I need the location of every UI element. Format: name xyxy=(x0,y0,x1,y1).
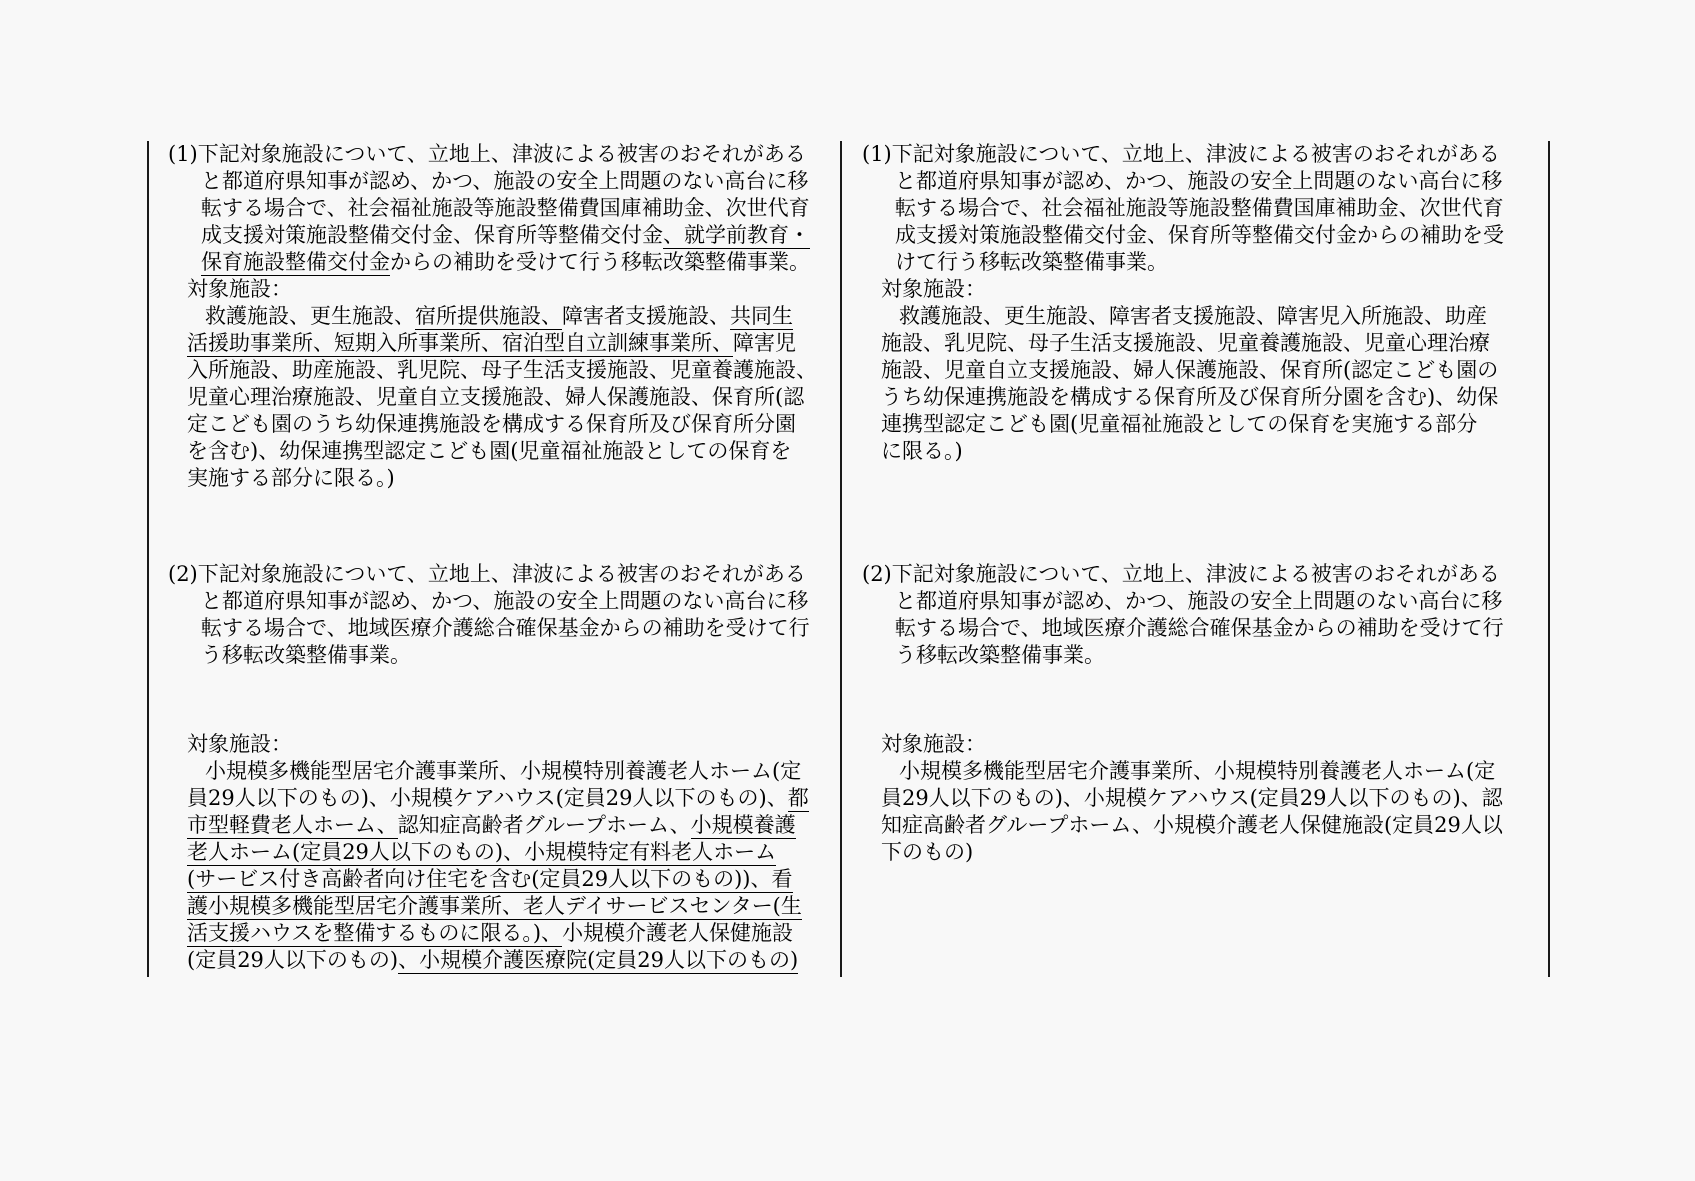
inserted-text-underlined: 小規模養護 xyxy=(691,813,796,839)
text-segment: 救護施設、更生施設、 xyxy=(205,304,415,328)
text-line: 救護施設、更生施設、宿所提供施設、障害者支援施設、共同生 xyxy=(168,303,840,330)
text-line: と都道府県知事が認め、かつ、施設の安全上問題のない高台に移 xyxy=(862,588,1538,615)
text-line: 員29人以下のもの)、小規模ケアハウス(定員29人以下のもの)、認 xyxy=(862,785,1538,812)
text-line: 保育施設整備交付金からの補助を受けて行う移転改築整備事業。 xyxy=(168,249,840,276)
left-item2-facilities: 対象施設：小規模多機能型居宅介護事業所、小規模特別養護老人ホーム(定員29人以下… xyxy=(168,731,840,974)
inserted-text-underlined: 護小規模多機能型居宅介護事業所、老人デイサービスセンター(生 xyxy=(187,894,802,920)
text-segment: う移転改築整備事業。 xyxy=(201,643,411,667)
text-segment: に限る。) xyxy=(881,439,963,463)
text-segment: 成支援対策施設整備交付金、保育所等整備交付金からの補助を受 xyxy=(895,223,1504,247)
text-line: (定員29人以下のもの)、小規模介護医療院(定員29人以下のもの) xyxy=(168,947,840,974)
text-segment: と都道府県知事が認め、かつ、施設の安全上問題のない高台に移 xyxy=(201,589,808,613)
text-line: 対象施設： xyxy=(168,731,840,758)
text-line: 成支援対策施設整備交付金、保育所等整備交付金、就学前教育・ xyxy=(168,222,840,249)
right-column-current: (1)下記対象施設について、立地上、津波による被害のおそれがあると都道府県知事が… xyxy=(862,141,1538,866)
text-line: 活支援ハウスを整備するものに限る。)、小規模介護老人保健施設 xyxy=(168,920,840,947)
right-item1: (1)下記対象施設について、立地上、津波による被害のおそれがあると都道府県知事が… xyxy=(862,141,1538,465)
table-border-left xyxy=(147,141,149,977)
text-line: 対象施設： xyxy=(862,276,1538,303)
text-segment: 転する場合で、地域医療介護総合確保基金からの補助を受けて行 xyxy=(201,616,810,640)
inserted-text-underlined: 老人ホーム(定員29人以下のもの)、小規模特定有料老人ホーム xyxy=(187,840,776,866)
text-segment: (2)下記対象施設について、立地上、津波による被害のおそれがある xyxy=(862,562,1500,586)
text-line: 救護施設、更生施設、障害者支援施設、障害児入所施設、助産 xyxy=(862,303,1538,330)
text-segment: (定員29人以下のもの) xyxy=(187,948,398,972)
text-line: と都道府県知事が認め、かつ、施設の安全上問題のない高台に移 xyxy=(168,588,840,615)
text-segment: を含む)、幼保連携型認定こども園(児童福祉施設としての保育を xyxy=(187,439,791,463)
text-segment: 対象施設： xyxy=(187,277,292,301)
text-line: に限る。) xyxy=(862,438,1538,465)
text-line: (サービス付き高齢者向け住宅を含む(定員29人以下のもの))、看 xyxy=(168,866,840,893)
text-segment: と都道府県知事が認め、かつ、施設の安全上問題のない高台に移 xyxy=(201,169,808,193)
text-segment: 小規模介護老人保健施設 xyxy=(562,921,793,945)
text-line: 定こども園のうち幼保連携施設を構成する保育所及び保育所分園 xyxy=(168,411,840,438)
text-segment: うち幼保連携施設を構成する保育所及び保育所分園を含む)、幼保 xyxy=(881,385,1498,409)
text-segment: 連携型認定こども園(児童福祉施設としての保育を実施する部分 xyxy=(881,412,1477,436)
text-line: を含む)、幼保連携型認定こども園(児童福祉施設としての保育を xyxy=(168,438,840,465)
text-line: 成支援対策施設整備交付金、保育所等整備交付金からの補助を受 xyxy=(862,222,1538,249)
text-segment: 救護施設、更生施設、障害者支援施設、障害児入所施設、助産 xyxy=(899,304,1487,328)
text-segment: けて行う移転改築整備事業。 xyxy=(895,250,1168,274)
text-line: と都道府県知事が認め、かつ、施設の安全上問題のない高台に移 xyxy=(168,168,840,195)
text-segment: う移転改築整備事業。 xyxy=(895,643,1105,667)
text-line: (2)下記対象施設について、立地上、津波による被害のおそれがある xyxy=(862,561,1538,588)
text-line: 転する場合で、地域医療介護総合確保基金からの補助を受けて行 xyxy=(168,615,840,642)
text-line: (2)下記対象施設について、立地上、津波による被害のおそれがある xyxy=(168,561,840,588)
text-segment: (1)下記対象施設について、立地上、津波による被害のおそれがある xyxy=(168,142,806,166)
text-line: 護小規模多機能型居宅介護事業所、老人デイサービスセンター(生 xyxy=(168,893,840,920)
text-line: 転する場合で、社会福祉施設等施設整備費国庫補助金、次世代育 xyxy=(168,195,840,222)
inserted-text-underlined: 活支援ハウスを整備するものに限る。)、 xyxy=(187,921,562,947)
text-segment: 対象施設： xyxy=(187,732,292,756)
left-item2: (2)下記対象施設について、立地上、津波による被害のおそれがあると都道府県知事が… xyxy=(168,561,840,669)
text-line: 施設、児童自立支援施設、婦人保護施設、保育所(認定こども園の xyxy=(862,357,1538,384)
text-segment: 定こども園のうち幼保連携施設を構成する保育所及び保育所分園 xyxy=(187,412,796,436)
text-segment: 児童心理治療施設、児童自立支援施設、婦人保護施設、保育所(認 xyxy=(187,385,804,409)
text-segment: 認知症高齢者グループホーム、 xyxy=(398,813,691,837)
inserted-text-underlined: 活援助事業所、短期入所事業所、宿泊型自立訓練事業所、 xyxy=(187,331,733,357)
inserted-text-underlined: 宿所提供施設、 xyxy=(415,304,562,330)
text-line: けて行う移転改築整備事業。 xyxy=(862,249,1538,276)
left-item1: (1)下記対象施設について、立地上、津波による被害のおそれがあると都道府県知事が… xyxy=(168,141,840,492)
text-line: 市型軽費老人ホーム、認知症高齢者グループホーム、小規模養護 xyxy=(168,812,840,839)
text-line: 下のもの) xyxy=(862,839,1538,866)
left-column-revised: (1)下記対象施設について、立地上、津波による被害のおそれがあると都道府県知事が… xyxy=(168,141,840,974)
text-line: (1)下記対象施設について、立地上、津波による被害のおそれがある xyxy=(168,141,840,168)
text-segment: 障害児 xyxy=(733,331,796,355)
text-segment: 対象施設： xyxy=(881,277,986,301)
document-page: (1)下記対象施設について、立地上、津波による被害のおそれがあると都道府県知事が… xyxy=(0,0,1695,1181)
text-line: 知症高齢者グループホーム、小規模介護老人保健施設(定員29人以 xyxy=(862,812,1538,839)
text-line: 対象施設： xyxy=(862,731,1538,758)
text-segment: 員29人以下のもの)、小規模ケアハウス(定員29人以下のもの)、認 xyxy=(881,786,1503,810)
text-line: (1)下記対象施設について、立地上、津波による被害のおそれがある xyxy=(862,141,1538,168)
text-line: うち幼保連携施設を構成する保育所及び保育所分園を含む)、幼保 xyxy=(862,384,1538,411)
text-segment: 小規模多機能型居宅介護事業所、小規模特別養護老人ホーム(定 xyxy=(205,759,801,783)
inserted-text-underlined: 保育施設整備交付金 xyxy=(201,250,390,276)
text-segment: 転する場合で、社会福祉施設等施設整備費国庫補助金、次世代育 xyxy=(201,196,810,220)
table-border-middle xyxy=(840,141,842,977)
text-line: 転する場合で、社会福祉施設等施設整備費国庫補助金、次世代育 xyxy=(862,195,1538,222)
text-segment: と都道府県知事が認め、かつ、施設の安全上問題のない高台に移 xyxy=(895,589,1502,613)
text-line: 転する場合で、地域医療介護総合確保基金からの補助を受けて行 xyxy=(862,615,1538,642)
text-segment: と都道府県知事が認め、かつ、施設の安全上問題のない高台に移 xyxy=(895,169,1502,193)
inserted-text-underlined: 市型軽費老人ホーム、 xyxy=(187,813,398,839)
text-line: 対象施設： xyxy=(168,276,840,303)
text-segment: 小規模多機能型居宅介護事業所、小規模特別養護老人ホーム(定 xyxy=(899,759,1495,783)
text-line: う移転改築整備事業。 xyxy=(168,642,840,669)
text-segment: (1)下記対象施設について、立地上、津波による被害のおそれがある xyxy=(862,142,1500,166)
text-line: 員29人以下のもの)、小規模ケアハウス(定員29人以下のもの)、都 xyxy=(168,785,840,812)
text-segment: 施設、乳児院、母子生活支援施設、児童養護施設、児童心理治療 xyxy=(881,331,1490,355)
text-segment: 知症高齢者グループホーム、小規模介護老人保健施設(定員29人以 xyxy=(881,813,1503,837)
text-line: 老人ホーム(定員29人以下のもの)、小規模特定有料老人ホーム xyxy=(168,839,840,866)
text-line: 小規模多機能型居宅介護事業所、小規模特別養護老人ホーム(定 xyxy=(168,758,840,785)
text-segment: 実施する部分に限る。) xyxy=(187,466,395,490)
inserted-text-underlined: 都 xyxy=(788,786,809,812)
text-segment: からの補助を受けて行う移転改築整備事業。 xyxy=(390,250,810,274)
right-item2-facilities: 対象施設：小規模多機能型居宅介護事業所、小規模特別養護老人ホーム(定員29人以下… xyxy=(862,731,1538,866)
text-segment: (2)下記対象施設について、立地上、津波による被害のおそれがある xyxy=(168,562,806,586)
table-border-right xyxy=(1548,141,1550,977)
text-line: 連携型認定こども園(児童福祉施設としての保育を実施する部分 xyxy=(862,411,1538,438)
inserted-text-underlined: 共同生 xyxy=(730,304,793,330)
text-segment: 入所施設、助産施設、乳児院、母子生活支援施設、児童養護施設、 xyxy=(187,358,817,382)
text-line: 小規模多機能型居宅介護事業所、小規模特別養護老人ホーム(定 xyxy=(862,758,1538,785)
text-line: 実施する部分に限る。) xyxy=(168,465,840,492)
text-line: 児童心理治療施設、児童自立支援施設、婦人保護施設、保育所(認 xyxy=(168,384,840,411)
inserted-text-underlined: 、就学前教育・ xyxy=(663,223,810,249)
text-segment: 転する場合で、社会福祉施設等施設整備費国庫補助金、次世代育 xyxy=(895,196,1504,220)
text-line: 入所施設、助産施設、乳児院、母子生活支援施設、児童養護施設、 xyxy=(168,357,840,384)
text-line: う移転改築整備事業。 xyxy=(862,642,1538,669)
text-segment: 施設、児童自立支援施設、婦人保護施設、保育所(認定こども園の xyxy=(881,358,1498,382)
right-item2: (2)下記対象施設について、立地上、津波による被害のおそれがあると都道府県知事が… xyxy=(862,561,1538,669)
text-line: 活援助事業所、短期入所事業所、宿泊型自立訓練事業所、障害児 xyxy=(168,330,840,357)
text-line: と都道府県知事が認め、かつ、施設の安全上問題のない高台に移 xyxy=(862,168,1538,195)
text-segment: 対象施設： xyxy=(881,732,986,756)
inserted-text-underlined: (サービス付き高齢者向け住宅を含む(定員29人以下のもの))、看 xyxy=(187,867,793,893)
text-segment: 転する場合で、地域医療介護総合確保基金からの補助を受けて行 xyxy=(895,616,1504,640)
text-segment: 下のもの) xyxy=(881,840,973,864)
text-segment: 員29人以下のもの)、小規模ケアハウス(定員29人以下のもの)、 xyxy=(187,786,788,810)
inserted-text-underlined: 、小規模介護医療院(定員29人以下のもの) xyxy=(398,948,798,974)
text-segment: 障害者支援施設、 xyxy=(562,304,730,328)
text-segment: 成支援対策施設整備交付金、保育所等整備交付金 xyxy=(201,223,663,247)
text-line: 施設、乳児院、母子生活支援施設、児童養護施設、児童心理治療 xyxy=(862,330,1538,357)
